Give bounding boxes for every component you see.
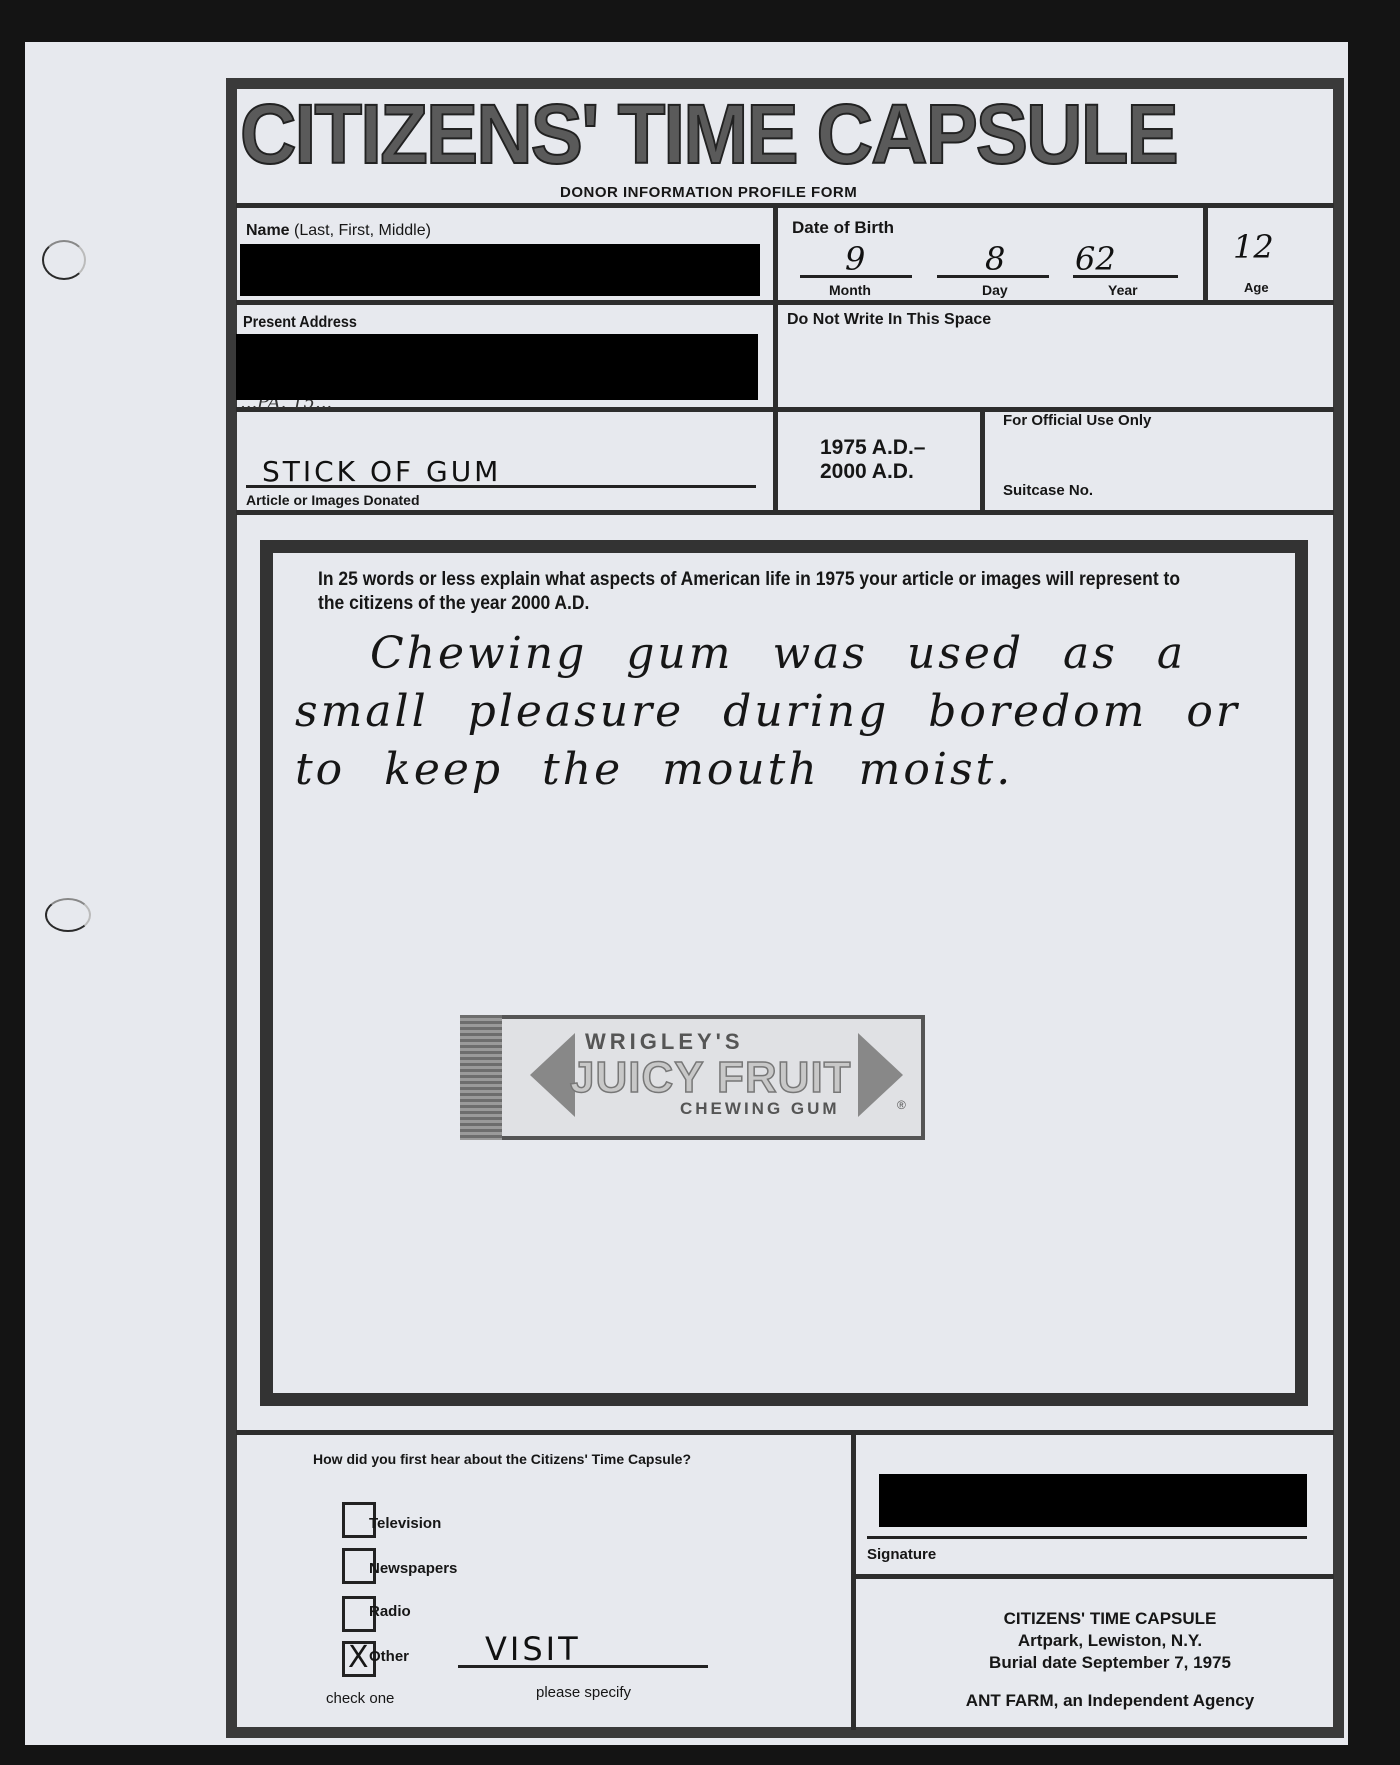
name-field-redacted xyxy=(240,244,760,296)
article-line xyxy=(246,485,756,488)
col-divider-official xyxy=(980,407,985,513)
header-divider xyxy=(236,203,1334,208)
dob-day-line xyxy=(937,275,1049,278)
checkbox-label-television: Television xyxy=(369,1515,441,1532)
gum-brand: WRIGLEY'S xyxy=(585,1029,744,1055)
gum-type: CHEWING GUM xyxy=(680,1099,840,1119)
binder-hole-top xyxy=(42,240,86,280)
explanation-prompt: In 25 words or less explain what aspects… xyxy=(318,568,1183,616)
other-specify-line xyxy=(458,1665,708,1668)
era-line-1: 1975 A.D.– xyxy=(820,436,925,460)
checkbox-label-radio: Radio xyxy=(369,1603,411,1620)
form-title: CITIZENS' TIME CAPSULE xyxy=(240,86,1177,183)
dob-month-value: 9 xyxy=(845,240,865,278)
col-divider-age xyxy=(1203,203,1208,303)
official-use-label: For Official Use Only xyxy=(1003,412,1151,429)
gum-product: JUICY FRUIT xyxy=(570,1053,852,1103)
check-mark-icon: X xyxy=(348,1640,369,1675)
row-divider-3 xyxy=(236,510,1334,515)
other-specify-value: VISIT xyxy=(485,1630,581,1668)
name-label: Name (Last, First, Middle) xyxy=(246,222,431,240)
article-value: STICK OF GUM xyxy=(262,455,501,488)
signature-redacted xyxy=(879,1474,1307,1527)
article-label: Article or Images Donated xyxy=(246,492,420,508)
binder-hole-middle xyxy=(45,898,91,932)
check-one-hint: check one xyxy=(326,1690,394,1707)
dob-day-value: 8 xyxy=(985,240,1005,278)
signature-line xyxy=(867,1536,1307,1539)
registered-icon: ® xyxy=(897,1098,906,1112)
row-divider-2 xyxy=(236,407,1334,412)
answer-line-2: small pleasure during boredom or xyxy=(295,683,1275,741)
signature-divider xyxy=(851,1574,1334,1579)
dob-year-value: 62 xyxy=(1075,240,1116,278)
dob-day-label: Day xyxy=(982,282,1008,298)
gum-wrapper-end xyxy=(460,1015,502,1140)
do-not-write-label: Do Not Write In This Space xyxy=(787,311,991,329)
answer-line-1: Chewing gum was used as a xyxy=(295,625,1275,683)
source-question: How did you first hear about the Citizen… xyxy=(313,1451,691,1467)
other-specify-hint: please specify xyxy=(536,1684,631,1701)
dob-year-label: Year xyxy=(1108,282,1138,298)
footer-agency: ANT FARM, an Independent Agency xyxy=(900,1690,1320,1711)
address-label: Present Address xyxy=(243,314,357,332)
bottom-section-divider xyxy=(236,1430,1334,1435)
chevron-left-icon xyxy=(530,1033,575,1117)
answer-line-3: to keep the mouth moist. xyxy=(295,741,1275,799)
age-value: 12 xyxy=(1233,228,1274,266)
gum-wrapper-image: WRIGLEY'S JUICY FRUIT CHEWING GUM ® xyxy=(460,1015,925,1140)
footer-location: Artpark, Lewiston, N.Y. xyxy=(900,1630,1320,1651)
dob-month-label: Month xyxy=(829,282,871,298)
bottom-col-divider xyxy=(851,1430,856,1730)
dob-label: Date of Birth xyxy=(792,218,894,238)
checkbox-label-newspapers: Newspapers xyxy=(369,1560,457,1577)
explanation-answer: Chewing gum was used as a small pleasure… xyxy=(295,625,1275,799)
signature-label: Signature xyxy=(867,1546,936,1563)
dob-month-line xyxy=(800,275,912,278)
form-subtitle: DONOR INFORMATION PROFILE FORM xyxy=(560,184,857,201)
address-field-redacted xyxy=(236,334,758,400)
suitcase-no-label: Suitcase No. xyxy=(1003,482,1093,499)
era-line-2: 2000 A.D. xyxy=(820,460,914,484)
checkbox-label-other: Other xyxy=(369,1648,409,1665)
footer-burial-date: Burial date September 7, 1975 xyxy=(900,1652,1320,1673)
age-label: Age xyxy=(1244,280,1269,295)
dob-year-line xyxy=(1073,275,1178,278)
row-divider-1 xyxy=(236,300,1334,305)
footer-org: CITIZENS' TIME CAPSULE xyxy=(900,1608,1320,1629)
col-divider-1 xyxy=(773,203,778,513)
